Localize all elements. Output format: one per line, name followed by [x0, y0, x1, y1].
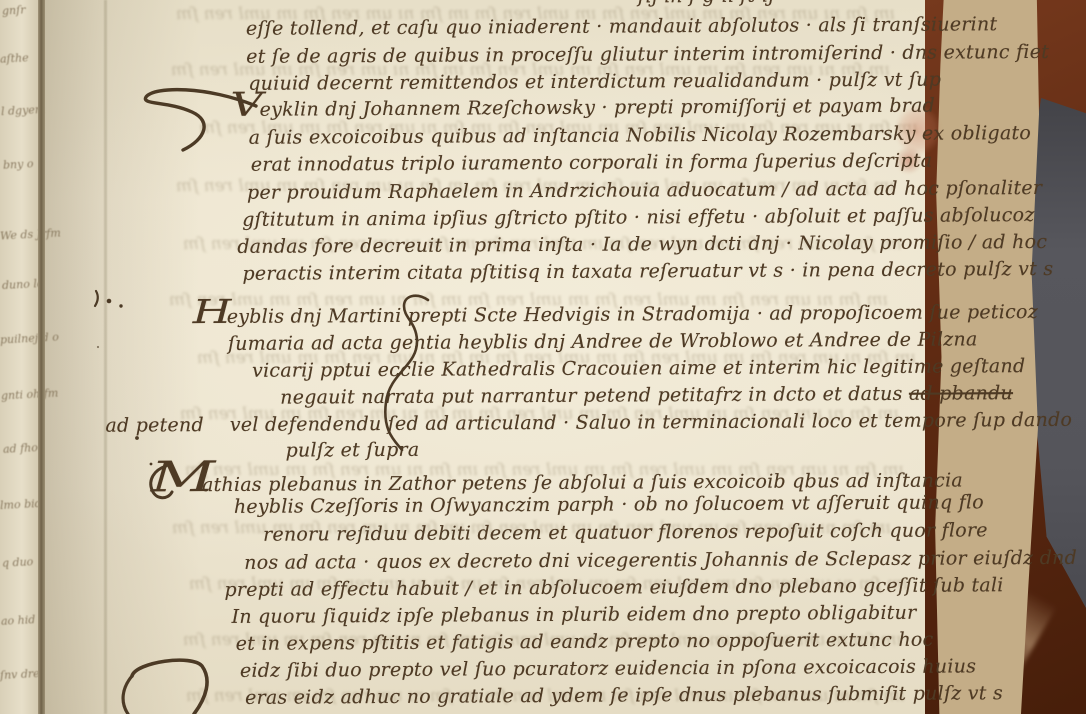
manuscript-photo: gnſr aſthe l dgyem bny o We ds Jrfm duno… — [0, 0, 1086, 714]
manuscript-line: vicarij pptui ecclie Kathedralis Cracoui… — [252, 355, 1025, 382]
manuscript-line: negauit narrata put narrantur petend pet… — [280, 382, 1013, 408]
manuscript-line: Veyklin dnj Johannem Rzeſchowsky · prept… — [230, 88, 935, 121]
line-text: eyklin dnj Johannem Rzeſchowsky · prepti… — [260, 95, 936, 121]
manuscript-line: et ſe de agris de quibus in proceſſu gli… — [246, 41, 1049, 68]
manuscript-line: erat innodatus triplo iuramento corporal… — [251, 150, 933, 176]
text-block: ſıȷ ın ſ g ıı ſt ıȷ eſſe tollend, et caſ… — [0, 0, 1086, 714]
initial-flourish: V — [230, 92, 263, 119]
struck-text: ad pbandu — [909, 382, 1013, 405]
manuscript-line: eras eidz adhuc no gratiale ad ydem ſe i… — [245, 682, 1003, 709]
initial-flourish: H — [193, 299, 232, 326]
manuscript-line: dandas fore decreuit in prima inſta · Ia… — [237, 231, 1047, 258]
manuscript-line: Mathias plebanus in Zathor petens ſe abſ… — [151, 455, 963, 496]
manuscript-line: a ſuis excoicoibus quibus ad inſtancia N… — [249, 122, 1032, 149]
line-text: eyblis dnj Martini prepti Scte Hedvigis … — [227, 301, 1038, 328]
manuscript-line: Heyblis dnj Martini prepti Scte Hedvigis… — [193, 294, 1038, 328]
manuscript-line: eſſe tollend, et caſu quo iniaderent · m… — [246, 13, 997, 40]
manuscript-line: ad petendvel defendendu ſed ad articulan… — [105, 409, 1072, 437]
manuscript-line: peractis interim citata pſtitisq in taxa… — [242, 258, 1053, 285]
margin-note: ad petend — [105, 414, 204, 437]
manuscript-line: eidz ſibi duo prepto vel ſuo pcuratorz e… — [240, 655, 976, 681]
manuscript-line: gſtitutum in anima ipſius gſtricto pſtit… — [242, 204, 1035, 231]
manuscript-line: renoru reſiduu debiti decem et quatuor f… — [263, 519, 988, 545]
manuscript-line: prepti ad effectu habuit / et in abſoluc… — [224, 574, 1003, 601]
manuscript-line: ſumaria ad acta gentia heyblis dnj Andre… — [228, 328, 978, 355]
manuscript-line: et in expens pſtitis et fatigis ad eandz… — [236, 629, 934, 655]
initial-flourish: M — [151, 460, 216, 494]
manuscript-line: per prouidum Raphaelem in Andrzichouia a… — [247, 177, 1042, 204]
manuscript-line: In quoru ſiquidz ipſe plebanus in plurib… — [232, 602, 917, 628]
manuscript-line: ſıȷ ın ſ g ıı ſt ıȷ — [638, 0, 774, 7]
line-text: vel defendendu ſed ad articuland · Saluo… — [230, 409, 1072, 436]
manuscript-line: nos ad acta · quos ex decreto dni vicege… — [244, 547, 1077, 574]
line-text: negauit narrata put narrantur petend pet… — [280, 383, 909, 409]
manuscript-line: heyblis Czeſſoris in Oſwyanczim parph · … — [234, 491, 984, 518]
